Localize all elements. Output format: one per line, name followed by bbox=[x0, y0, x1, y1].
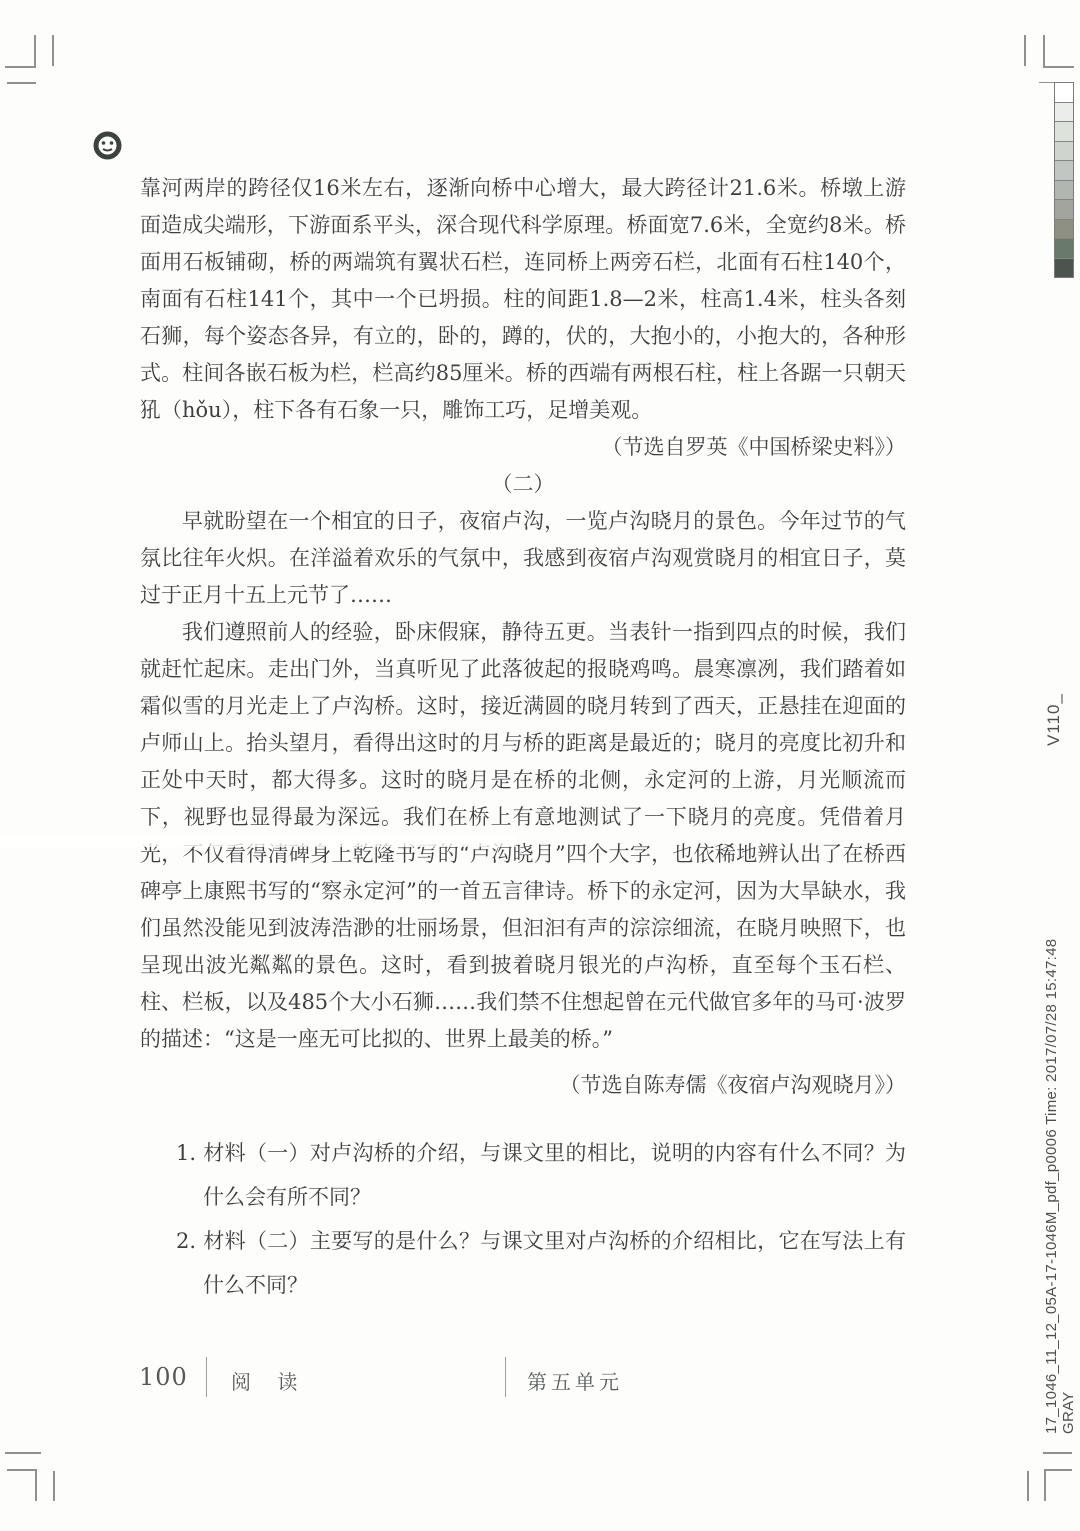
page-number: 100 bbox=[139, 1363, 188, 1391]
grayscale-step bbox=[1055, 103, 1073, 123]
grayscale-step bbox=[1055, 122, 1073, 142]
grayscale-bar bbox=[1054, 82, 1074, 278]
question-text: 材料（一）对卢沟桥的介绍，与课文里的相比，说明的内容有什么不同？为什么会有所不同… bbox=[203, 1141, 906, 1209]
grayscale-step bbox=[1055, 181, 1073, 201]
footer-divider bbox=[206, 1357, 207, 1397]
crop-mark bbox=[35, 1469, 37, 1501]
crop-mark bbox=[1044, 1469, 1046, 1501]
crop-mark bbox=[1043, 1452, 1072, 1454]
grayscale-step bbox=[1055, 200, 1073, 220]
grayscale-step bbox=[1055, 239, 1073, 259]
question-number: 1. bbox=[176, 1141, 196, 1165]
material-one-citation: （节选自罗英《中国桥梁史料》） bbox=[140, 429, 906, 466]
scan-artifact bbox=[0, 836, 516, 847]
footer-section-label: 阅 读 bbox=[231, 1366, 307, 1395]
crop-mark bbox=[1046, 1469, 1072, 1471]
crop-mark bbox=[7, 1469, 37, 1471]
material-two-paragraph: 早就盼望在一个相宜的日子，夜宿卢沟，一览卢沟晓月的景色。今年过节的气氛比往年火炽… bbox=[140, 503, 906, 614]
crop-mark bbox=[5, 66, 36, 68]
crop-mark bbox=[1043, 66, 1074, 68]
crop-mark bbox=[53, 1471, 55, 1501]
grayscale-step bbox=[1055, 220, 1073, 240]
press-code-vertical: V110_ bbox=[1044, 693, 1064, 746]
print-color-mode: GRAY bbox=[1060, 939, 1077, 1434]
scanned-textbook-page: 靠河两岸的跨径仅16米左右，逐渐向桥中心增大，最大跨径计21.6米。桥墩上游面造… bbox=[0, 0, 1080, 1531]
question-number: 2. bbox=[176, 1229, 196, 1253]
grayscale-step bbox=[1055, 259, 1073, 278]
grayscale-step bbox=[1055, 161, 1073, 181]
footer-unit-label: 第五单元 bbox=[527, 1366, 623, 1395]
crop-mark bbox=[7, 82, 36, 84]
question-item: 1.材料（一）对卢沟桥的介绍，与课文里的相比，说明的内容有什么不同？为什么会有所… bbox=[176, 1131, 906, 1219]
question-item: 2.材料（二）主要写的是什么？与课文里对卢沟桥的介绍相比，它在写法上有什么不同？ bbox=[176, 1219, 906, 1307]
material-two-heading: （二） bbox=[140, 466, 906, 503]
grayscale-step bbox=[1055, 83, 1073, 103]
crop-mark bbox=[1024, 35, 1026, 66]
grayscale-step bbox=[1055, 142, 1073, 162]
crop-mark bbox=[52, 35, 54, 66]
crop-mark bbox=[34, 35, 36, 68]
grayscale-bar-tick bbox=[1039, 82, 1054, 83]
material-one-body: 靠河两岸的跨径仅16米左右，逐渐向桥中心增大，最大跨径计21.6米。桥墩上游面造… bbox=[140, 170, 906, 429]
crop-mark bbox=[5, 1452, 41, 1454]
footer-divider bbox=[505, 1357, 506, 1397]
page-footer: 100 阅 读 第五单元 bbox=[0, 1357, 1080, 1402]
print-info-line: 17_1046_11_12_05A-17-1046M_pdf_p0006 Tim… bbox=[1043, 939, 1060, 1434]
material-two-citation: （节选自陈寿儒《夜宿卢沟观晓月》） bbox=[140, 1067, 906, 1104]
smiley-face-icon bbox=[93, 131, 122, 160]
question-list: 1.材料（一）对卢沟桥的介绍，与课文里的相比，说明的内容有什么不同？为什么会有所… bbox=[176, 1131, 906, 1307]
reading-content: 靠河两岸的跨径仅16米左右，逐渐向桥中心增大，最大跨径计21.6米。桥墩上游面造… bbox=[140, 170, 906, 1307]
question-text: 材料（二）主要写的是什么？与课文里对卢沟桥的介绍相比，它在写法上有什么不同？ bbox=[203, 1229, 906, 1297]
print-info-vertical: 17_1046_11_12_05A-17-1046M_pdf_p0006 Tim… bbox=[1043, 939, 1077, 1434]
crop-mark bbox=[1027, 1471, 1029, 1501]
crop-mark bbox=[1043, 35, 1045, 68]
